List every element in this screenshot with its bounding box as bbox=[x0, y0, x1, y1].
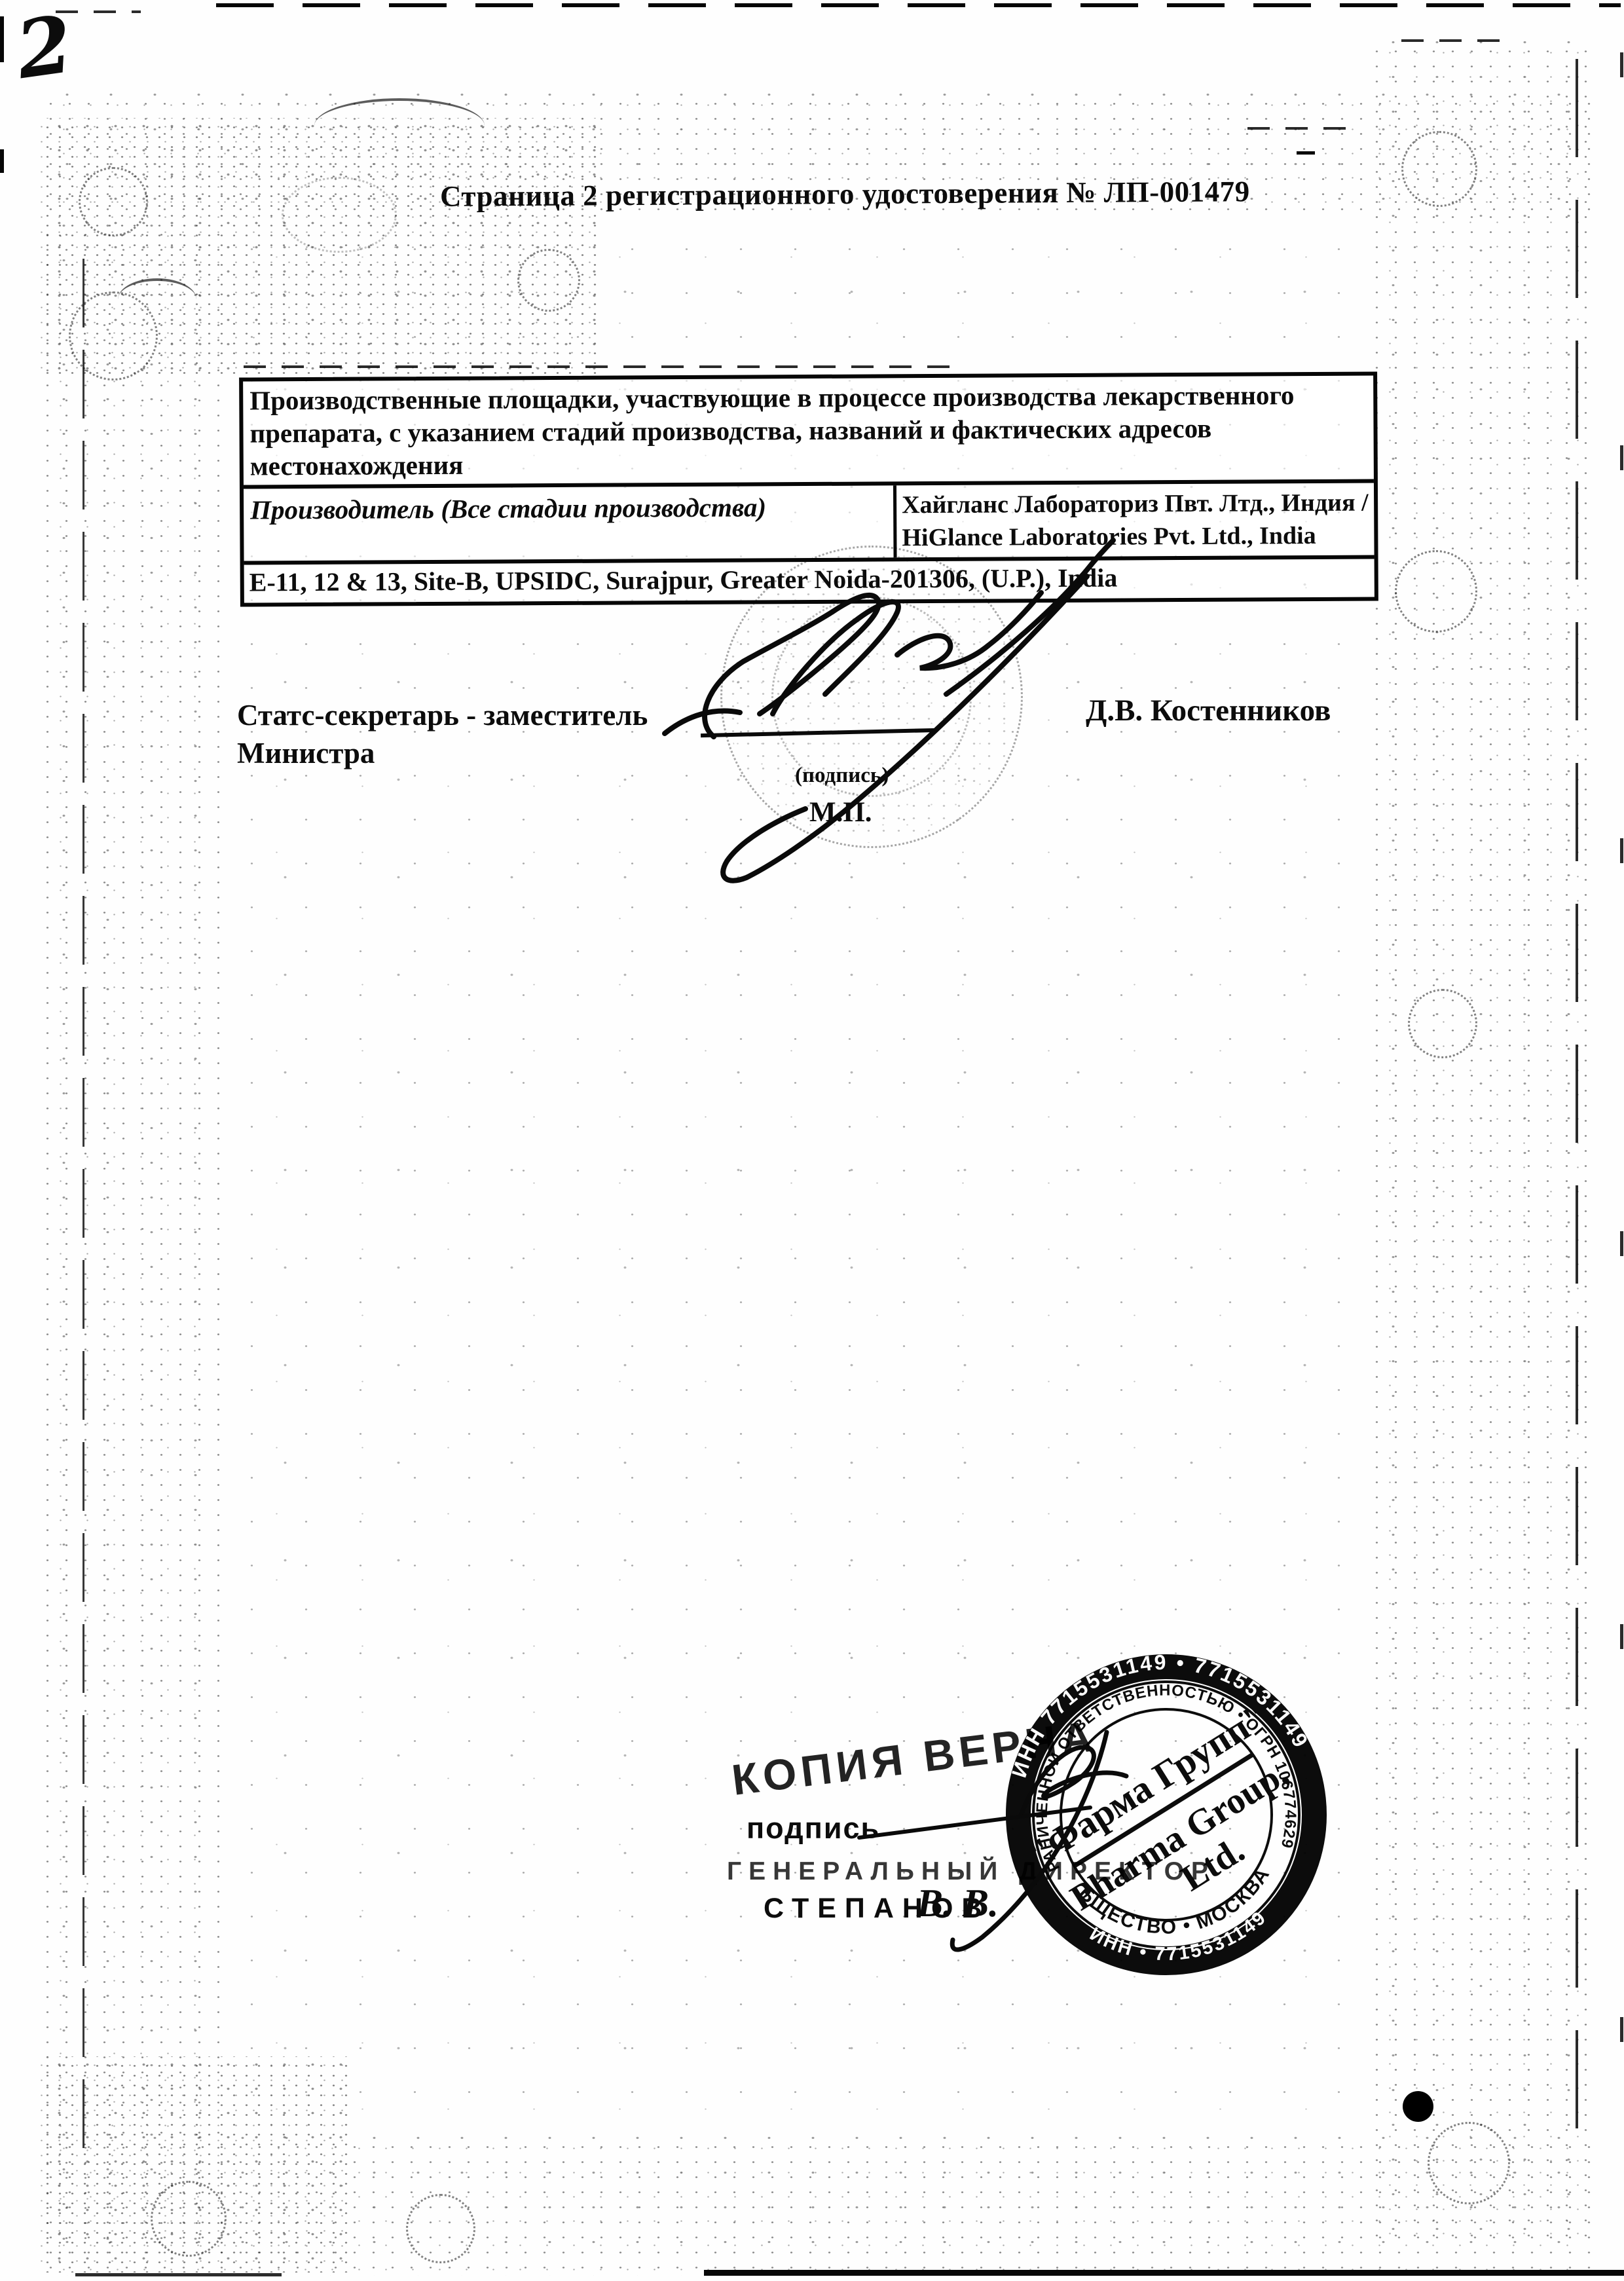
signature-stroke bbox=[665, 711, 740, 733]
signer-position-line1: Статс-секретарь - заместитель bbox=[237, 698, 648, 732]
border-noise-bottom bbox=[39, 2135, 1591, 2276]
producer-name-ru: Хайгланс Лабораториз Пвт. Лтд., Индия / bbox=[902, 487, 1369, 522]
rosette-ornament bbox=[1401, 131, 1477, 207]
rosette-ornament bbox=[517, 249, 580, 312]
right-border-line bbox=[1576, 59, 1578, 2161]
rosette-ornament bbox=[282, 177, 397, 253]
scanned-certificate-page: 2 Страница 2 регистрационного удостовере… bbox=[0, 0, 1624, 2281]
punch-hole-dot bbox=[1403, 2091, 1433, 2122]
signature-caption: (подпись) bbox=[795, 764, 889, 788]
seal-place-abbreviation: М.П. bbox=[809, 796, 872, 828]
right-page-edge-marks bbox=[1620, 52, 1623, 2214]
dash-fragment bbox=[1297, 151, 1315, 155]
rosette-ornament bbox=[1408, 989, 1477, 1058]
border-noise-bottom-left bbox=[39, 2056, 354, 2272]
copy-signature-label: подпись bbox=[747, 1811, 880, 1845]
rosette-ornament bbox=[1395, 550, 1477, 633]
rosette-ornament bbox=[151, 2181, 227, 2257]
signer-name: Д.В. Костенников bbox=[1086, 693, 1331, 728]
bottom-edge-line bbox=[704, 2270, 1624, 2276]
top-left-dash-fragment bbox=[56, 10, 141, 13]
producer-address-cell: E-11, 12 & 13, Site-B, UPSIDC, Surajpur,… bbox=[244, 555, 1375, 603]
dash-fragment bbox=[1401, 39, 1509, 42]
signature-stroke bbox=[773, 602, 898, 714]
production-sites-table: Производственные площадки, участвующие в… bbox=[239, 371, 1378, 606]
bottom-edge-line-left bbox=[75, 2273, 282, 2276]
left-border-line bbox=[83, 259, 84, 2151]
handwritten-page-number: 2 bbox=[11, 0, 78, 97]
border-noise-left bbox=[36, 223, 219, 2246]
producer-name-en: HiGlance Laboratories Pvt. Ltd., India bbox=[902, 519, 1369, 555]
page-title: Страница 2 регистрационного удостоверени… bbox=[440, 174, 1250, 213]
rosette-ornament bbox=[406, 2194, 475, 2263]
signature-underline bbox=[701, 728, 938, 737]
dash-fragment bbox=[1247, 127, 1359, 130]
rosette-ornament bbox=[1428, 2122, 1510, 2204]
top-edge-dashed-line bbox=[216, 3, 1621, 7]
arc-ornament bbox=[314, 98, 485, 153]
rosette-ornament bbox=[79, 167, 148, 236]
left-page-edge-mark bbox=[0, 16, 4, 62]
left-page-edge-mark bbox=[0, 149, 4, 173]
arc-ornament bbox=[118, 278, 196, 320]
signature-stroke bbox=[705, 595, 879, 737]
producer-value-cell: Хайгланс Лабораториз Пвт. Лтд., Индия / … bbox=[896, 483, 1375, 557]
border-noise-top-left bbox=[39, 118, 602, 380]
table-row: Производитель (Все стадии производства) … bbox=[244, 479, 1375, 561]
table-header-cell: Производственные площадки, участвующие в… bbox=[243, 375, 1374, 485]
company-round-seal: ИНН 7715531149 • 7715531149 ИНН • 771553… bbox=[878, 1527, 1454, 2102]
signature-stroke bbox=[897, 593, 1041, 668]
producer-label-cell: Производитель (Все стадии производства) bbox=[244, 485, 897, 561]
table-top-ghost-line bbox=[244, 365, 957, 368]
signer-position-line2: Министра bbox=[237, 736, 375, 770]
